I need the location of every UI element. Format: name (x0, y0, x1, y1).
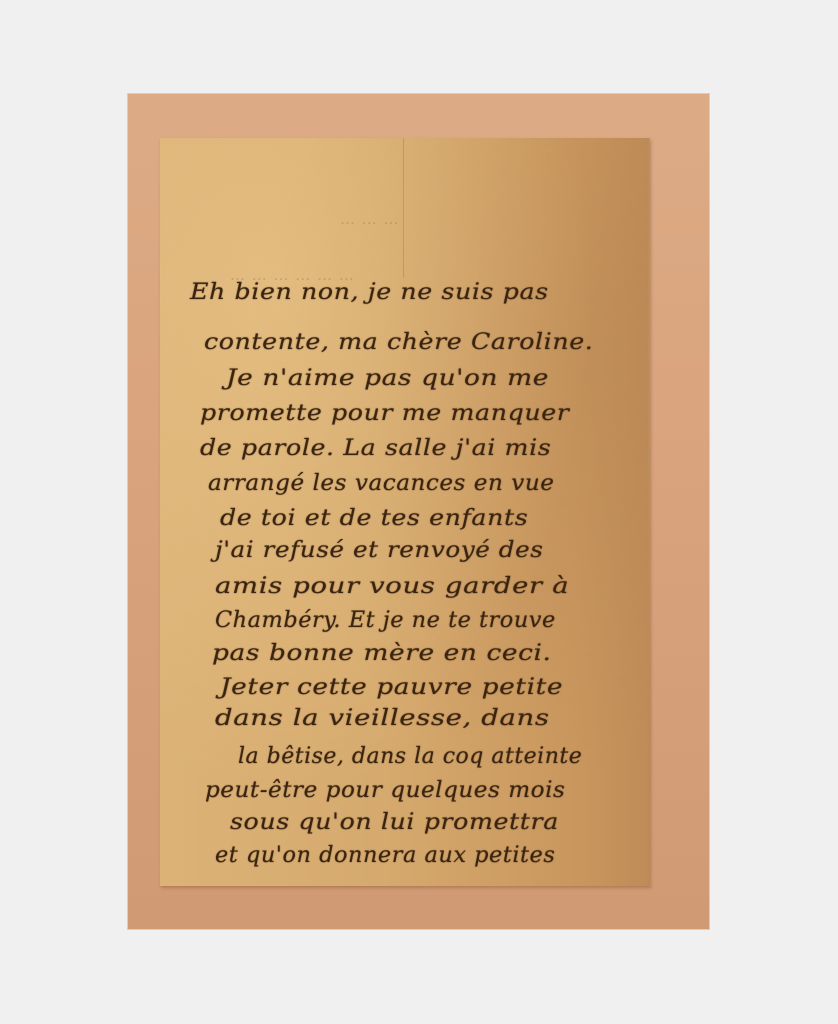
letter-line-14: la bêtise, dans la coq atteinte (238, 744, 582, 769)
letter-line-12: Jeter cette pauvre petite (220, 675, 563, 700)
letter-line-10: Chambéry. Et je ne te trouve (215, 608, 556, 633)
letter-line-8: j'ai refusé et renvoyé des (215, 538, 543, 563)
letter-line-2: contente, ma chère Caroline. (204, 330, 593, 355)
letter-line-6: arrangé les vacances en vue (208, 471, 554, 496)
letter-line-1: Eh bien non, je ne suis pas (190, 280, 549, 305)
letter-line-13: dans la vieillesse, dans (215, 706, 550, 731)
letter-paper: … … … … … … … … … Eh bien non, je ne sui… (160, 138, 650, 886)
letter-line-4: promette pour me manquer (200, 401, 569, 426)
bleed-through-text: … … … (340, 210, 400, 228)
letter-line-5: de parole. La salle j'ai mis (200, 436, 551, 461)
letter-line-3: Je n'aime pas qu'on me (226, 366, 549, 391)
letter-line-9: amis pour vous garder à (215, 574, 569, 599)
letter-line-16: sous qu'on lui promettra (230, 810, 559, 835)
letter-line-15: peut-être pour quelques mois (205, 778, 565, 803)
paper-fold-crease (403, 138, 404, 278)
letter-line-17: et qu'on donnera aux petites (215, 843, 555, 868)
photo-mat: … … … … … … … … … Eh bien non, je ne sui… (127, 93, 710, 930)
letter-line-7: de toi et de tes enfants (220, 506, 528, 531)
letter-line-11: pas bonne mère en ceci. (212, 641, 552, 666)
